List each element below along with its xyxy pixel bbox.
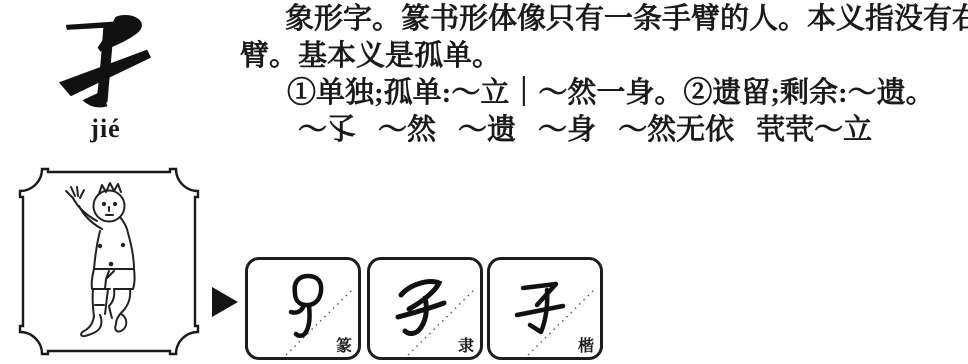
frame-border <box>20 169 198 354</box>
definition-line-1: 象形字。篆书形体像只有一条手臂的人。本义指没有右 <box>240 1 968 37</box>
example-word: ～然无依 <box>618 114 734 146</box>
example-word: ～遗 <box>458 114 516 146</box>
dictionary-entry-page: jié 象形字。篆书形体像只有一条手臂的人。本义指没有右 臂。基本义是孤单。 ①… <box>0 0 968 364</box>
headword-glyph <box>57 13 154 116</box>
script-label-regular: 楷 <box>578 338 594 356</box>
example-word: ～身 <box>538 114 596 146</box>
script-label-clerical: 隶 <box>458 338 474 356</box>
script-box-seal: 篆 <box>245 257 361 360</box>
illustration-frame <box>16 165 202 358</box>
example-word: ～孓 <box>298 114 356 146</box>
definition-examples-line: ～孓～然～遗～身～然无依茕茕～立 <box>240 112 872 148</box>
regular-script-glyph <box>506 268 578 346</box>
script-box-regular: 楷 <box>487 257 603 360</box>
example-word: 茕茕～立 <box>756 114 872 146</box>
right-arrow-icon <box>212 287 238 317</box>
definition-senses-line: ①单独;孤单:～立｜～然一身。②遗留;剩余:～遗。 <box>240 75 935 111</box>
clerical-script-glyph <box>386 268 458 346</box>
script-box-clerical: 隶 <box>367 257 483 360</box>
example-word: ～然 <box>378 114 436 146</box>
definition-line-2: 臂。基本义是孤单。 <box>240 38 501 74</box>
child-figure <box>66 183 135 336</box>
headword-pinyin: jié <box>57 114 154 144</box>
script-label-seal: 篆 <box>336 338 352 356</box>
seal-script-glyph <box>264 268 336 346</box>
